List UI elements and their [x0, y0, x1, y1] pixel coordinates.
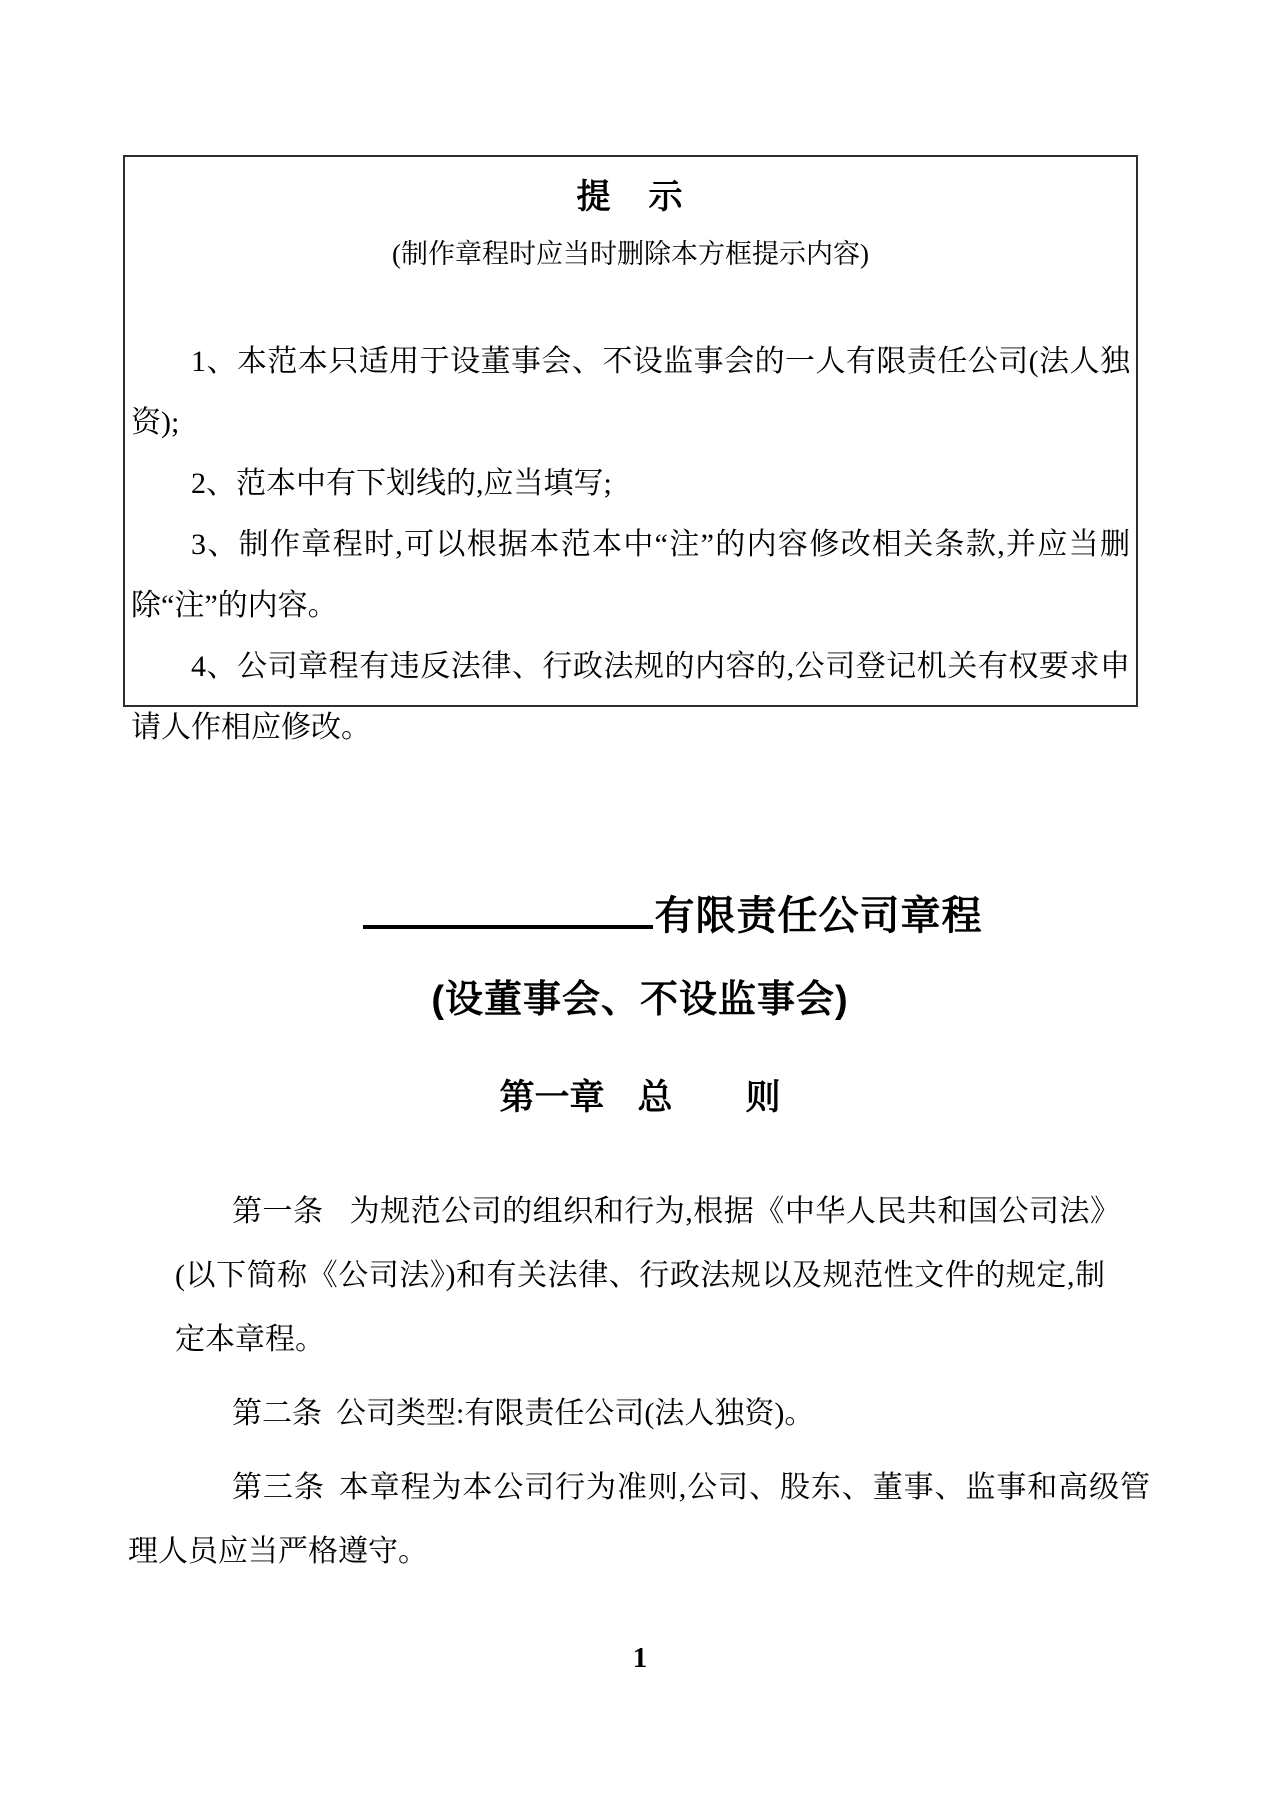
notice-box: 提 示 (制作章程时应当时删除本方框提示内容) 1、本范本只适用于设董事会、不设…	[123, 155, 1138, 707]
notice-item-3: 3、制作章程时,可以根据本范本中“注”的内容修改相关条款,并应当删除“注”的内容…	[131, 514, 1130, 636]
notice-item-4: 4、公司章程有违反法律、行政法规的内容的,公司登记机关有权要求申请人作相应修改。	[131, 636, 1130, 758]
document-title-text: 有限责任公司章程	[655, 894, 983, 938]
article-2-label: 第二条	[232, 1397, 322, 1430]
document-body: 第一条为规范公司的组织和行为,根据《中华人民共和国公司法》(以下简称《公司法》)…	[128, 1180, 1150, 1594]
notice-title: 提 示	[125, 169, 1136, 218]
notice-subtitle: (制作章程时应当时删除本方框提示内容)	[125, 232, 1136, 271]
article-2: 第二条公司类型:有限责任公司(法人独资)。	[128, 1382, 1150, 1446]
chapter-title-word-2: 则	[746, 1078, 781, 1117]
notice-item-1: 1、本范本只适用于设董事会、不设监事会的一人有限责任公司(法人独资);	[131, 331, 1130, 453]
document-subtitle: (设董事会、不设监事会)	[0, 968, 1280, 1023]
article-1: 第一条为规范公司的组织和行为,根据《中华人民共和国公司法》(以下简称《公司法》)…	[175, 1180, 1105, 1372]
chapter-heading: 第一章总则	[0, 1070, 1280, 1120]
document-page: 提 示 (制作章程时应当时删除本方框提示内容) 1、本范本只适用于设董事会、不设…	[0, 0, 1280, 1810]
article-3-label: 第三条	[232, 1471, 325, 1504]
chapter-number: 第一章	[499, 1078, 604, 1117]
company-name-blank	[363, 891, 653, 929]
notice-item-2: 2、范本中有下划线的,应当填写;	[131, 453, 1130, 514]
article-1-label: 第一条	[232, 1195, 324, 1228]
chapter-title-word-1: 总	[637, 1078, 672, 1117]
notice-item-list: 1、本范本只适用于设董事会、不设监事会的一人有限责任公司(法人独资); 2、范本…	[125, 331, 1136, 758]
document-title: 有限责任公司章程	[0, 884, 1280, 941]
article-2-text: 公司类型:有限责任公司(法人独资)。	[336, 1397, 814, 1430]
page-number: 1	[0, 1642, 1280, 1675]
article-3: 第三条本章程为本公司行为准则,公司、股东、董事、监事和高级管理人员应当严格遵守。	[128, 1456, 1150, 1584]
